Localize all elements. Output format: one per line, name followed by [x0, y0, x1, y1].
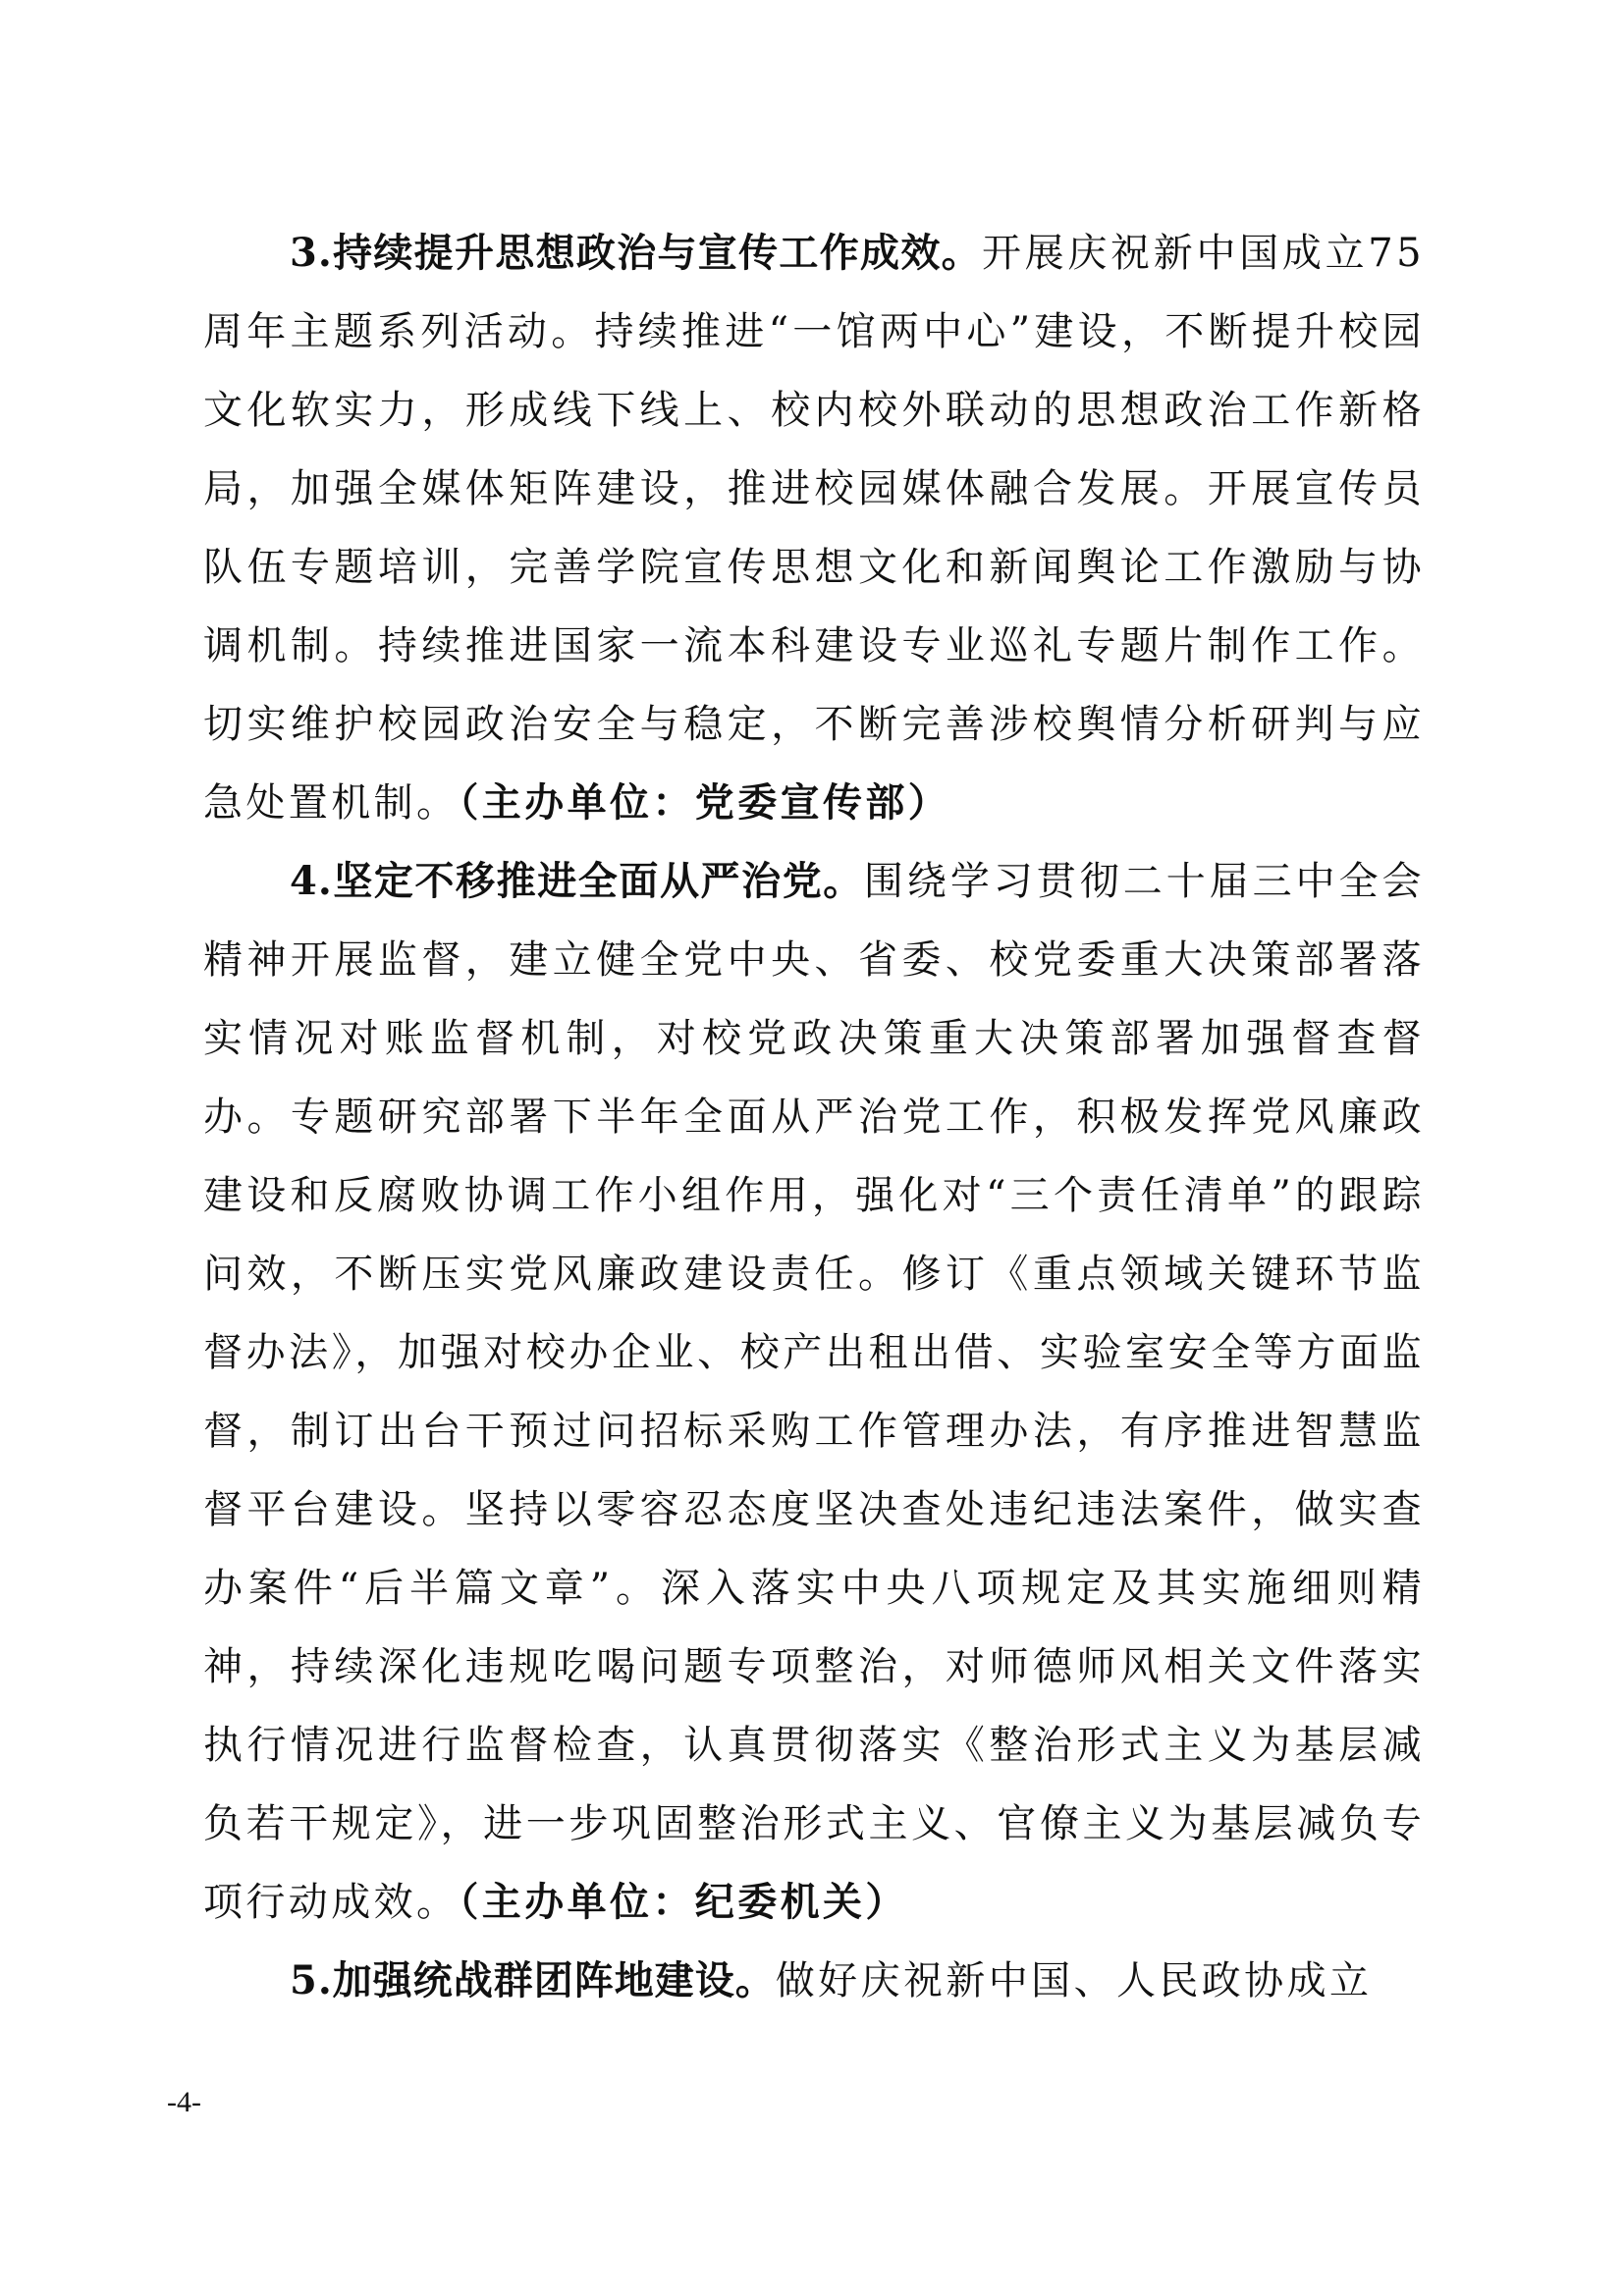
paragraph-4: 4.坚定不移推进全面从严治党。围绕学习贯彻二十届三中全会精神开展监督，建立健全党…	[203, 842, 1425, 1942]
paragraph-body: 做好庆祝新中国、人民政协成立	[776, 1958, 1373, 2003]
paragraph-3: 3.持续提升思想政治与宣传工作成效。开展庆祝新中国成立75周年主题系列活动。持续…	[203, 214, 1425, 842]
paragraph-body: 围绕学习贯彻二十届三中全会精神开展监督，建立健全党中央、省委、校党委重大决策部署…	[203, 859, 1425, 1925]
host-unit: （主办单位：党委宣传部）	[459, 779, 950, 826]
paragraph-body: 开展庆祝新中国成立75周年主题系列活动。持续推进“一馆两中心”建设，不断提升校园…	[203, 231, 1425, 826]
paragraph-5: 5.加强统战群团阵地建设。做好庆祝新中国、人民政协成立	[203, 1942, 1425, 2020]
host-unit: （主办单位：纪委机关）	[459, 1879, 907, 1925]
document-page: 3.持续提升思想政治与宣传工作成效。开展庆祝新中国成立75周年主题系列活动。持续…	[203, 214, 1425, 2020]
paragraph-heading: 5.加强统战群团阵地建设。	[290, 1957, 776, 2003]
page-number: -4-	[167, 2086, 201, 2119]
paragraph-heading: 4.坚定不移推进全面从严治党。	[290, 858, 864, 904]
paragraph-heading: 3.持续提升思想政治与宣传工作成效。	[290, 230, 982, 276]
